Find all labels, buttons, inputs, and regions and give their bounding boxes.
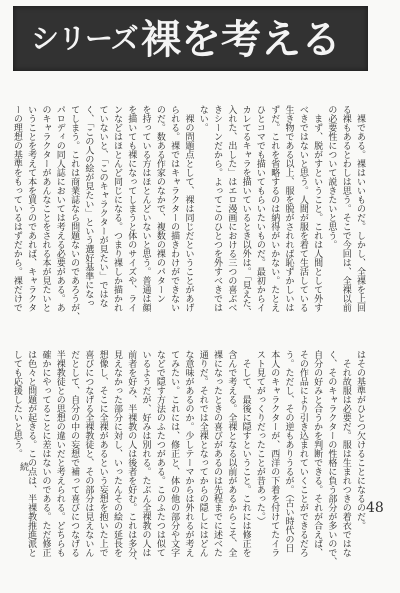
text-column: はその基準がひとつ欠けることになるのだ。 <box>353 350 367 560</box>
text-column: 裸である。裸はいいものだ。しかし、全裸を上回 <box>353 105 367 315</box>
text-column: 前者を好み、半裸教の人は後者を好む。これは多分、 <box>124 350 138 560</box>
text-column: いうことを考えて本を買うのであれば、キャラクタ <box>24 105 38 315</box>
text-column: 生き物である以上、服を脱がされれば恥ずかしいは <box>281 105 295 315</box>
text-column: は色々と問題が起きる。この点は、半裸教推進派と <box>24 350 38 560</box>
text-column: ひとコマでも描いてもらいたいものだ。最初からイ <box>253 105 267 315</box>
lower-text-block: はその基準がひとつ欠けることになるのだ。 それ故服は必要だ。服は生まれつきの着衣… <box>10 350 367 560</box>
text-column: 見えなかった部分に対し、いったんその絵の延長を <box>110 350 124 560</box>
text-column: 喜びにつなげる全裸教徒と、その部分は見えないん <box>81 350 95 560</box>
text-column: ない。 <box>195 105 209 315</box>
text-column: 確かにやってることに差はないのである。ただ修正 <box>38 350 52 560</box>
text-column: などで隠す方法のふたつがある。このふたつは似て <box>153 350 167 560</box>
text-column: だとして、自分の中の妄想で補って喜びにつなげる <box>67 350 81 560</box>
text-column: ーの理想の基準をもっているはずだから。裸だけで <box>10 105 24 315</box>
text-column: のだ。数ある作家のなかで、複数の裸のパターン <box>153 105 167 315</box>
series-label: シリーズ <box>31 23 138 55</box>
text-column: 自分の好みと合うかを判断できる。それが合えば、 <box>310 350 324 560</box>
text-column: てみたい。これには、修正と、体の他の部分や文字 <box>167 350 181 560</box>
text-column: の必要性について説きたいと思う。 <box>324 105 338 315</box>
text-column: スト見てがっくりだったことが昔あった。） <box>253 350 267 560</box>
text-column: な意味があるのか。少しテーマからは外れるが考え <box>181 350 195 560</box>
text-column: を持っている方はほとんどいないと思う。普通は顔 <box>138 105 152 315</box>
text-column: てしまう。これは商業誌なら問題ないのであろうが、 <box>67 105 81 315</box>
upper-text-block: 裸である。裸はいいものだ。しかし、全裸を上回 る裸もあるとわしは思う。そこで今回… <box>10 105 367 315</box>
text-column: ンなどはほとんど同じになる。つまり裸しか描かれ <box>110 105 124 315</box>
text-column: く、「この人の絵が見たい」という選好基準になっ <box>81 105 95 315</box>
text-column: 想像し、そこに全裸があるという妄想を抱いた上で <box>95 350 109 560</box>
text-column: いるようだが、好みは別れる。たぶん全裸教の人は <box>138 350 152 560</box>
page-number: 48 <box>366 500 384 516</box>
text-column: 通りだ。それでは全裸となってからの隠しにはどん <box>195 350 209 560</box>
text-column: きシーンだから。よってこのひとつを外すべきでは <box>210 105 224 315</box>
text-column: まず、脱がすということ。これは人間として外す <box>310 105 324 315</box>
text-column: る裸もあるとわしは思う。そこで今回は、全裸以前 <box>338 105 352 315</box>
text-column: く、そのキャラクターの性格に負う部分が多いので、 <box>324 350 338 560</box>
text-column: そして、最後に隠すということ。これには修正を <box>238 350 252 560</box>
text-column: 本人のキャラクターが、西洋の下着を付けてたイラ <box>267 350 281 560</box>
text-column: う。ただし、その逆もありうるが。（古い時代の日 <box>281 350 295 560</box>
text-column: 入れた、出した」はエロ漫画における三つの喜ぶべ <box>224 105 238 315</box>
text-column: 含んで考える。全裸となる以前があるからこそ、全 <box>224 350 238 560</box>
title-banner: シリーズ 裸を考える <box>13 6 368 71</box>
text-column: を描いても裸になってしまうと体のサイズや、ライ <box>124 105 138 315</box>
page-title: 裸を考える <box>141 18 341 62</box>
text-column: ていないと、「このキャラクターが見たい」ではな <box>95 105 109 315</box>
text-column: カレてるキャラを描いているとき以外は。「見えた、 <box>238 105 252 315</box>
text-column: 裸の問題点として、裸は同じだということがあげ <box>181 105 195 315</box>
continued-mark: 続 <box>17 462 29 471</box>
text-column: それ故服は必要だ。服は生まれつきの着衣ではな <box>338 350 352 560</box>
text-column: パロディの同人誌においては考える必要がある。あ <box>52 105 66 315</box>
text-column: られる。裸ではキャラクターの描きわけができない <box>167 105 181 315</box>
text-column: のキャラクターがあんなことをされる本が見たいと <box>38 105 52 315</box>
text-column: その作品により引き込まれていくことができるだろ <box>296 350 310 560</box>
text-column: 半裸教徒との思想の違いだと考えられる。どちらも <box>52 350 66 560</box>
text-column: しても応援したいと思う。 <box>10 350 24 560</box>
text-column: 裸になったときの喜びがあるのは先程までに述べた <box>210 350 224 560</box>
text-column: ずだ。これを省略するのは納得がいかない。たとえ <box>267 105 281 315</box>
text-column: べきではないと思う。人間が服を着て生活している <box>296 105 310 315</box>
